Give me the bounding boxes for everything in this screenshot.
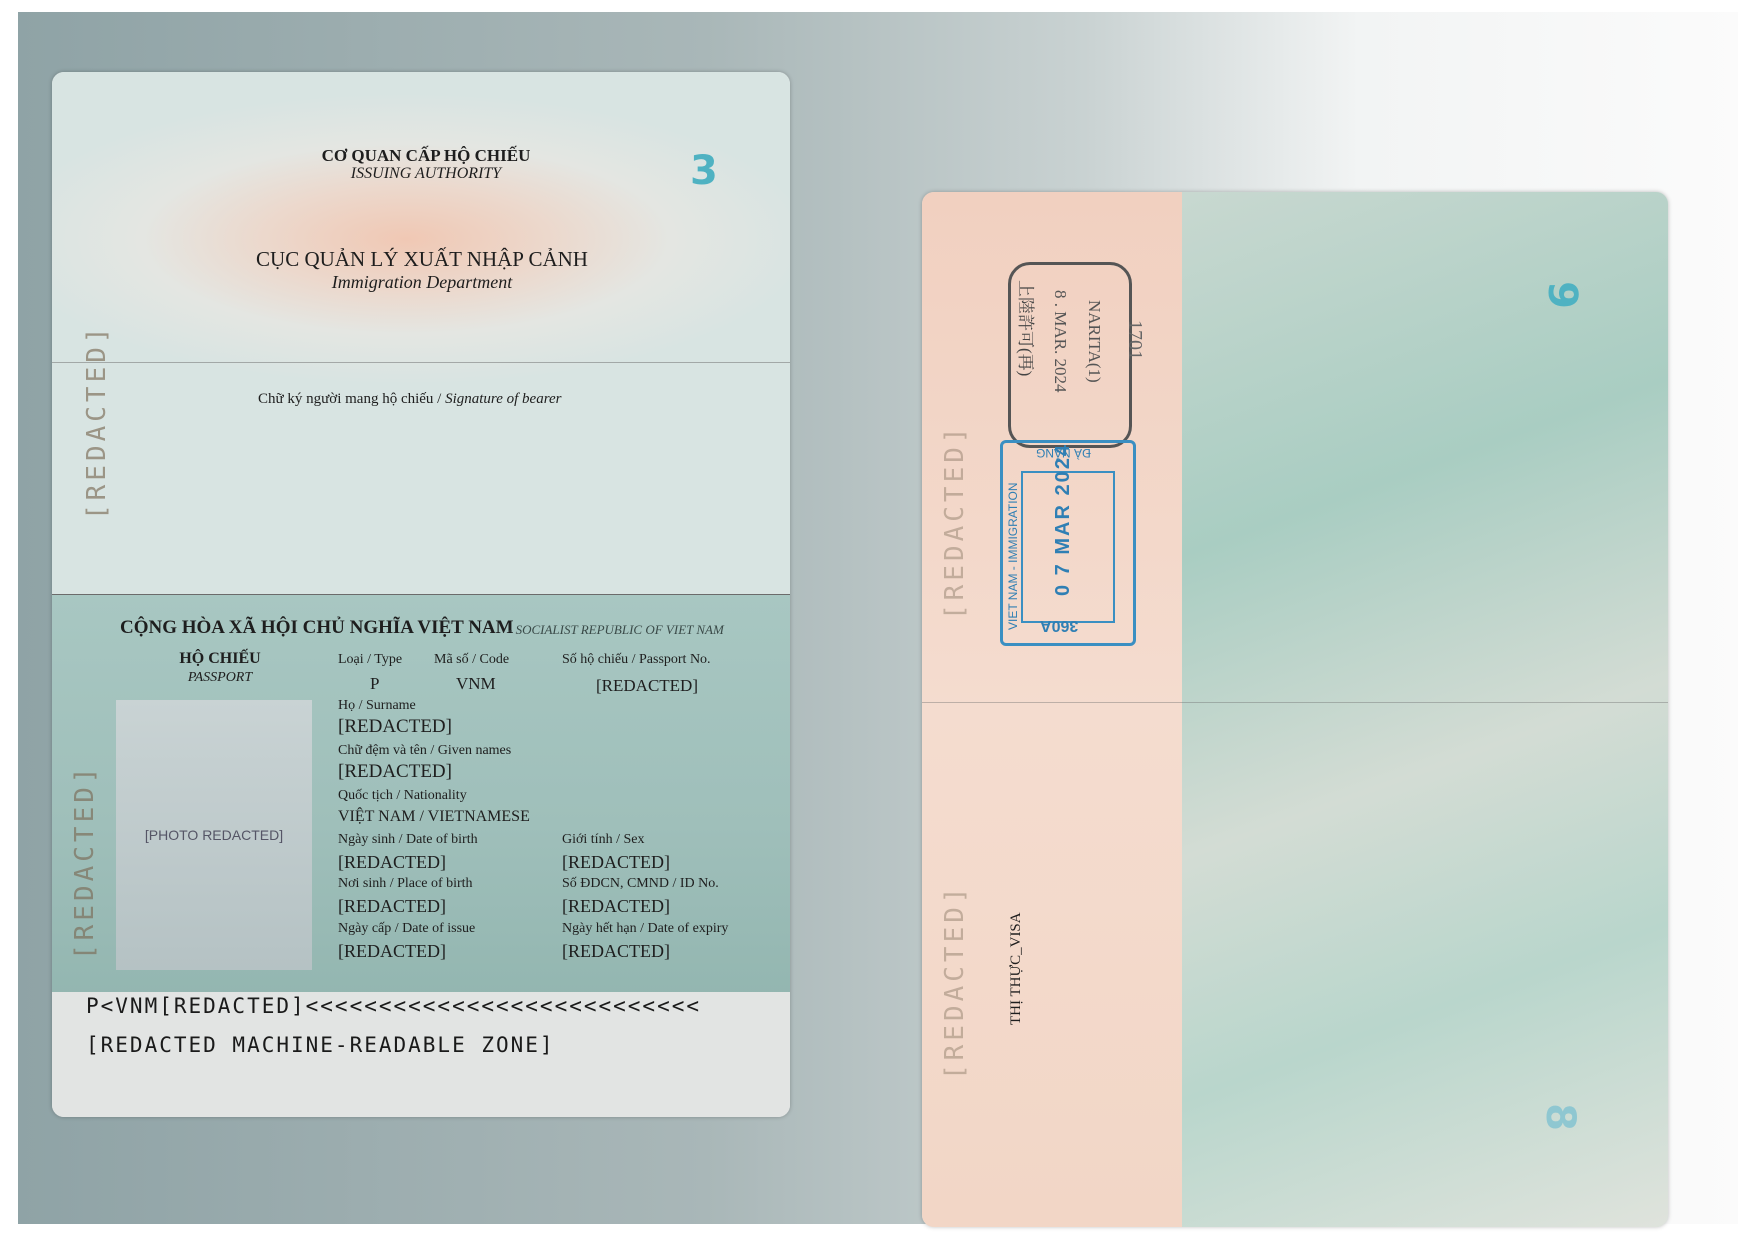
visa-page-artwork [1182, 192, 1668, 1227]
mrz-line-1: P<VNM[REDACTED]<<<<<<<<<<<<<<<<<<<<<<<<<… [86, 994, 701, 1018]
id-number-value: [REDACTED] [562, 896, 670, 917]
header-en: - SOCIALIST REPUBLIC OF VIET NAM [508, 622, 724, 638]
holder-photo-placeholder: [PHOTO REDACTED] [116, 700, 312, 970]
surname-value: [REDACTED] [338, 716, 452, 738]
page-number-8: 8 [1537, 1103, 1583, 1131]
doc-title-en: PASSPORT [188, 670, 252, 686]
page-fold [52, 594, 790, 595]
vn-stamp-outer-text: VIET NAM - IMMIGRATION [1006, 482, 1020, 630]
type-value: P [370, 674, 379, 694]
perforated-number-top: [REDACTED] [82, 323, 112, 520]
passport-number-value: [REDACTED] [596, 676, 698, 696]
nationality-label: Quốc tịch / Nationality [338, 788, 467, 804]
id-number-label: Số ĐDCN, CMND / ID No. [562, 876, 719, 892]
code-label: Mã số / Code [434, 652, 509, 668]
page-number: 3 [690, 148, 718, 194]
doc-title-vi: HỘ CHIẾU [179, 650, 260, 668]
signature-label-vi: Chữ ký người mang hộ chiếu / [258, 391, 441, 407]
jp-stamp-number: 1701 [1123, 320, 1146, 360]
department-en: Immigration Department [332, 272, 512, 293]
type-label: Loại / Type [338, 652, 402, 668]
perforated-number-bottom: [REDACTED] [70, 763, 100, 960]
department-vi: CỤC QUẢN LÝ XUẤT NHẬP CẢNH [256, 247, 588, 272]
issue-date-label: Ngày cấp / Date of issue [338, 921, 475, 937]
given-names-label: Chữ đệm và tên / Given names [338, 743, 511, 759]
dob-value: [REDACTED] [338, 852, 446, 873]
signature-line [52, 362, 790, 363]
sex-value: [REDACTED] [562, 852, 670, 873]
passport-number-label: Số hộ chiếu / Passport No. [562, 652, 711, 668]
code-value: VNM [456, 674, 496, 694]
issuing-authority-en: ISSUING AUTHORITY [351, 165, 501, 183]
vn-stamp-code: 360A [1040, 616, 1078, 634]
jp-stamp-title: 上陸許可(再) [1015, 280, 1040, 376]
jp-stamp-date: 8 . MAR. 2024 [1050, 290, 1070, 392]
issuing-authority-vi: CƠ QUAN CẤP HỘ CHIẾU [322, 146, 531, 166]
nationality-value: VIỆT NAM / VIETNAMESE [338, 808, 530, 826]
perforated-number-top: [REDACTED] [940, 423, 970, 620]
vn-stamp-date: 0 7 MAR 2024 [1052, 443, 1075, 596]
page-number-9: 9 [1539, 281, 1585, 309]
sex-label: Giới tính / Sex [562, 832, 644, 848]
perforated-number-bottom: [REDACTED] [940, 883, 970, 1080]
given-names-value: [REDACTED] [338, 761, 452, 783]
photo-placeholder-text: [PHOTO REDACTED] [145, 827, 283, 843]
signature-label-en: Signature of bearer [445, 391, 561, 407]
visa-label: THỊ THỰC_VISA [1008, 912, 1025, 1025]
place-of-birth-label: Nơi sinh / Place of birth [338, 876, 473, 892]
dob-label: Ngày sinh / Date of birth [338, 832, 478, 848]
jp-stamp-port: NARITA(1) [1084, 300, 1104, 383]
page-fold [922, 702, 1668, 703]
surname-label: Họ / Surname [338, 698, 416, 714]
place-of-birth-value: [REDACTED] [338, 896, 446, 917]
expiry-date-label: Ngày hết hạn / Date of expiry [562, 921, 728, 937]
header-vi: CỘNG HÒA XÃ HỘI CHỦ NGHĨA VIỆT NAM [120, 617, 514, 639]
mrz-line-2: [REDACTED MACHINE-READABLE ZONE] [86, 1033, 555, 1057]
signature-label: Chữ ký người mang hộ chiếu / Signature o… [258, 391, 561, 408]
issue-date-value: [REDACTED] [338, 941, 446, 962]
expiry-date-value: [REDACTED] [562, 941, 670, 962]
